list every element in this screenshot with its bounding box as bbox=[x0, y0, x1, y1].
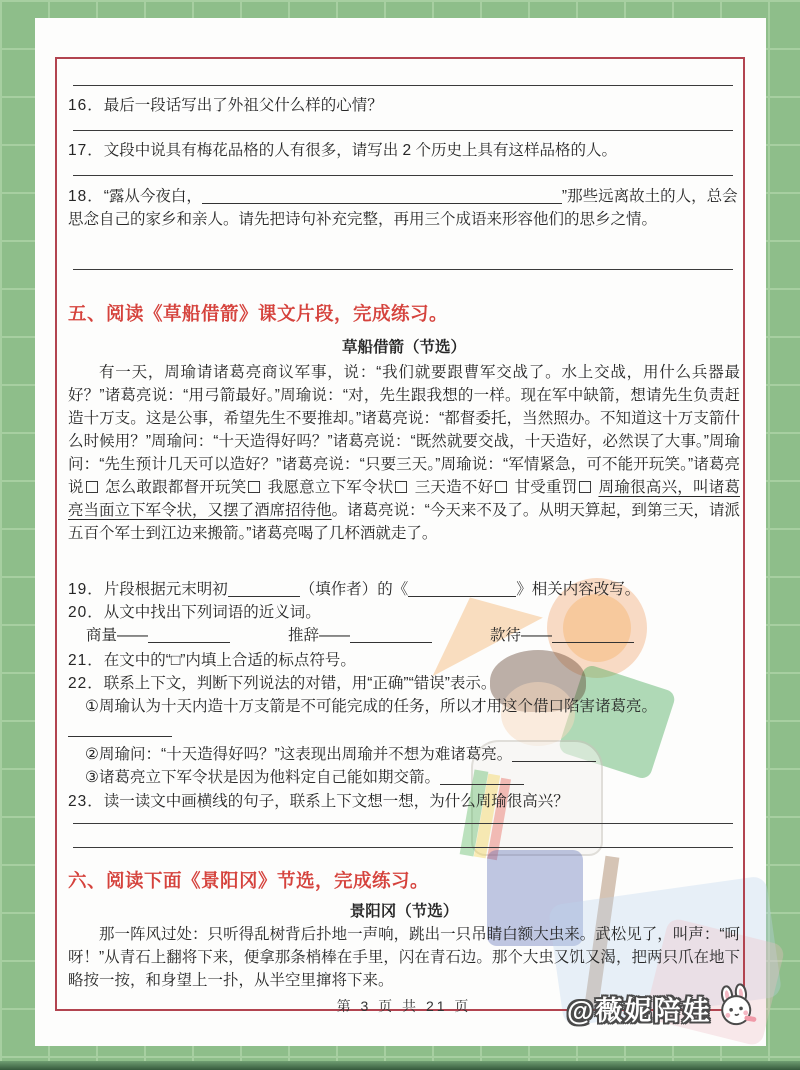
question-19-part-c: 》相关内容改写。 bbox=[516, 581, 640, 598]
worksheet-page: 16．最后一段话写出了外祖父什么样的心情？ 17．文段中说具有梅花品格的人有很多… bbox=[35, 18, 766, 1046]
section-6-title: 六、阅读下面《景阳冈》节选，完成练习。 bbox=[68, 869, 740, 892]
question-18-lead: “露从今夜白， bbox=[104, 188, 202, 205]
answer-line bbox=[73, 823, 733, 824]
section-6-subtitle: 景阳冈（节选） bbox=[68, 900, 740, 923]
section-5-title: 五、阅读《草船借箭》课文片段，完成练习。 bbox=[68, 302, 740, 325]
question-22-text: 联系上下文，判断下列说法的对错，用“正确”“错误”表示。 bbox=[104, 675, 497, 692]
punctuation-box bbox=[395, 481, 407, 493]
question-19-number: 19． bbox=[68, 581, 104, 598]
answer-line bbox=[73, 130, 733, 131]
punctuation-box bbox=[579, 481, 591, 493]
synonym-word-1: 商量—— bbox=[86, 627, 148, 644]
bunny-icon bbox=[712, 981, 762, 1036]
fill-in-blank bbox=[148, 628, 230, 643]
question-16-text: 最后一段话写出了外祖父什么样的心情？ bbox=[104, 97, 383, 114]
passage-part-1: 有一天，周瑜请诸葛亮商议军事，说：“我们就要跟曹军交战了。水上交战，用什么兵器最… bbox=[68, 364, 740, 496]
answer-line bbox=[73, 85, 733, 86]
fill-in-blank bbox=[68, 722, 172, 737]
answer-line bbox=[73, 175, 733, 176]
question-22-sub-2: ②周瑜问：“十天造得好吗？”这表现出周瑜并不想为难诸葛亮。 bbox=[68, 743, 740, 766]
question-18: 18．“露从今夜白，”那些远离故土的人，总会思念自己的家乡和亲人。请先把诗句补充… bbox=[68, 185, 740, 231]
question-22: 22．联系上下文，判断下列说法的对错，用“正确”“错误”表示。 bbox=[68, 672, 740, 695]
question-21: 21．在文中的“□”内填上合适的标点符号。 bbox=[68, 649, 740, 672]
section-6-passage: 那一阵风过处：只听得乱树背后扑地一声响，跳出一只吊睛白额大虫来。武松见了，叫声：… bbox=[68, 923, 740, 992]
question-16: 16．最后一段话写出了外祖父什么样的心情？ bbox=[68, 94, 740, 117]
question-19-part-a: 片段根据元末明初 bbox=[104, 581, 228, 598]
question-22-sub-3: ③诸葛亮立下军令状是因为他料定自己能如期交箭。 bbox=[68, 766, 740, 789]
question-18-number: 18． bbox=[68, 188, 104, 205]
question-17-number: 17． bbox=[68, 142, 104, 159]
synonym-word-2: 推辞—— bbox=[288, 627, 350, 644]
bottom-green-strip bbox=[0, 1061, 800, 1070]
fill-in-blank bbox=[202, 189, 562, 204]
question-17: 17．文段中说具有梅花品格的人有很多，请写出 2 个历史上具有这样品格的人。 bbox=[68, 139, 740, 162]
question-23-number: 23． bbox=[68, 793, 104, 810]
question-21-number: 21． bbox=[68, 652, 104, 669]
question-20: 20．从文中找出下列词语的近义词。 bbox=[68, 601, 740, 624]
synonym-word-3: 款待—— bbox=[490, 627, 552, 644]
question-23-text: 读一读文中画横线的句子，联系上下文想一想，为什么周瑜很高兴？ bbox=[104, 793, 569, 810]
answer-line bbox=[73, 847, 733, 848]
question-20-number: 20． bbox=[68, 604, 104, 621]
question-17-text: 文段中说具有梅花品格的人有很多，请写出 2 个历史上具有这样品格的人。 bbox=[104, 142, 617, 159]
synonym-item-3: 款待—— bbox=[490, 624, 634, 647]
synonym-row: 商量—— 推辞—— 款待—— bbox=[68, 624, 758, 647]
question-22-sub-3-text: ③诸葛亮立下军令状是因为他料定自己能如期交箭。 bbox=[85, 769, 440, 786]
passage-segment-4: 甘受重罚 bbox=[514, 479, 577, 496]
punctuation-box bbox=[86, 481, 98, 493]
question-21-text: 在文中的“□”内填上合适的标点符号。 bbox=[104, 652, 356, 669]
fill-in-blank bbox=[440, 770, 524, 785]
synonym-item-2: 推辞—— bbox=[288, 624, 432, 647]
section-5-subtitle: 草船借箭（节选） bbox=[68, 336, 740, 359]
question-16-number: 16． bbox=[68, 97, 104, 114]
question-22-sub-1: ①周瑜认为十天内造十万支箭是不可能完成的任务，所以才用这个借口陷害诸葛亮。 bbox=[68, 695, 740, 741]
fill-in-blank bbox=[350, 628, 432, 643]
synonym-item-1: 商量—— bbox=[86, 624, 230, 647]
passage-segment-1: 怎么敢跟都督开玩笑 bbox=[105, 479, 247, 496]
passage-segment-3: 三天造不好 bbox=[414, 479, 493, 496]
passage-segment-2: 我愿意立下军令状 bbox=[267, 479, 393, 496]
question-23: 23．读一读文中画横线的句子，联系上下文想一想，为什么周瑜很高兴？ bbox=[68, 790, 740, 813]
question-22-number: 22． bbox=[68, 675, 104, 692]
fill-in-blank bbox=[228, 582, 300, 597]
fill-in-blank bbox=[512, 747, 596, 762]
punctuation-box bbox=[495, 481, 507, 493]
question-20-text: 从文中找出下列词语的近义词。 bbox=[104, 604, 321, 621]
section-5-passage: 有一天，周瑜请诸葛亮商议军事，说：“我们就要跟曹军交战了。水上交战，用什么兵器最… bbox=[68, 361, 740, 545]
fill-in-blank bbox=[552, 628, 634, 643]
watermark-text: @薇妮陪娃 bbox=[567, 989, 711, 1028]
watermark: @薇妮陪娃 bbox=[567, 984, 759, 1033]
fill-in-blank bbox=[408, 582, 516, 597]
question-19-part-b: （填作者）的《 bbox=[300, 581, 409, 598]
punctuation-box bbox=[248, 481, 260, 493]
question-22-sub-1-text: ①周瑜认为十天内造十万支箭是不可能完成的任务，所以才用这个借口陷害诸葛亮。 bbox=[85, 698, 657, 715]
question-22-sub-2-text: ②周瑜问：“十天造得好吗？”这表现出周瑜并不想为难诸葛亮。 bbox=[85, 746, 512, 763]
answer-line bbox=[73, 269, 733, 270]
question-19: 19．片段根据元末明初（填作者）的《》相关内容改写。 bbox=[68, 578, 740, 601]
worksheet-screenshot: { "page": { "footer": "第 3 页 共 21 页", "w… bbox=[0, 0, 800, 1070]
